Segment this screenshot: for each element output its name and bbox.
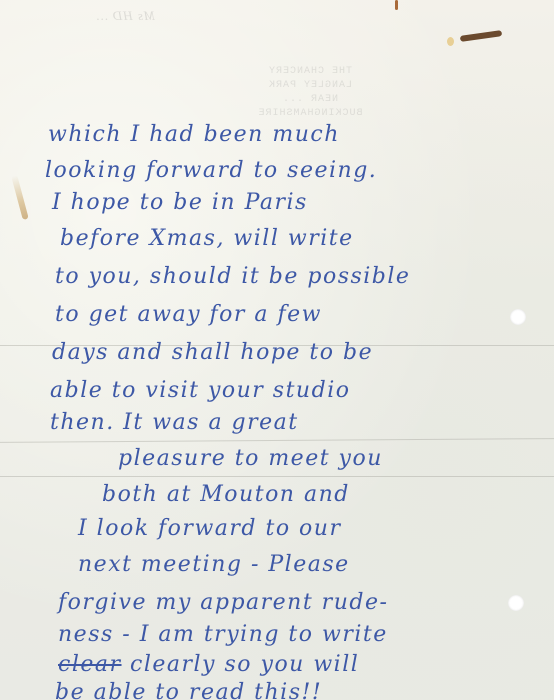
letter-line: next meeting - Please (78, 552, 350, 577)
letter-line: to you, should it be possible (55, 264, 410, 289)
letter-line: then. It was a great (50, 410, 299, 435)
letter-line: before Xmas, will write (60, 226, 354, 251)
letter-line: days and shall hope to be (52, 340, 373, 365)
letter-line: be able to read this!! (55, 680, 322, 700)
letter-line: I look forward to our (78, 516, 342, 541)
letter-line: pleasure to meet you (118, 446, 383, 471)
letter-line: which I had been much (48, 122, 340, 147)
letter-line: to get away for a few (55, 302, 322, 327)
letter-line: ness - I am trying to write (58, 622, 388, 647)
letter-line: both at Mouton and (102, 482, 350, 507)
struck-word: clear (58, 652, 122, 677)
letter-line-text: clearly so you will (130, 652, 359, 677)
letter-line: forgive my apparent rude- (58, 590, 388, 615)
letter-line: able to visit your studio (50, 378, 350, 403)
letter-line: clear clearly so you will (58, 652, 359, 677)
handwritten-text: which I had been much looking forward to… (0, 0, 554, 700)
letter-line: I hope to be in Paris (52, 190, 308, 215)
letter-line: looking forward to seeing. (45, 158, 377, 183)
